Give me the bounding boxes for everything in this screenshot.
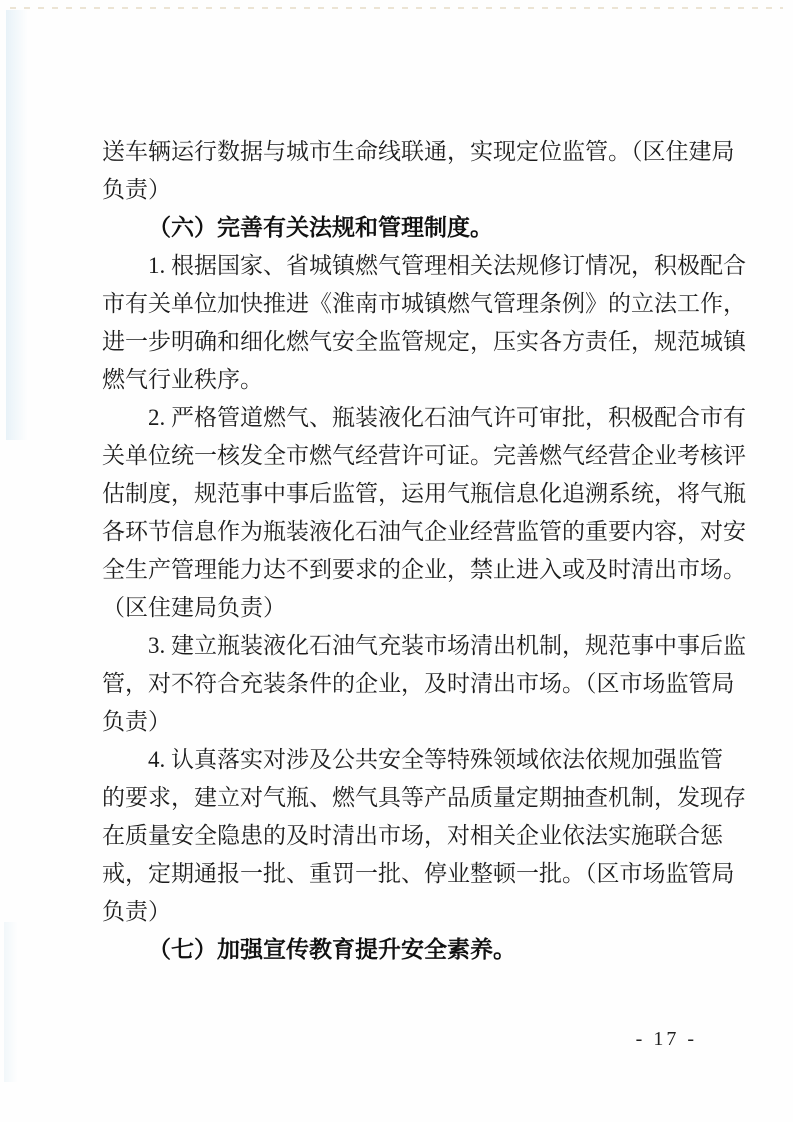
section-heading-6: （六）完善有关法规和管理制度。 xyxy=(102,209,750,247)
body-line: 3. 建立瓶装液化石油气充装市场清出机制，规范事中事后监 xyxy=(102,627,750,665)
body-line: 进一步明确和细化燃气安全监管规定，压实各方责任，规范城镇 xyxy=(102,323,750,361)
page-number: - 17 - xyxy=(636,1026,697,1052)
body-line: 在质量安全隐患的及时清出市场，对相关企业依法实施联合惩 xyxy=(102,817,750,855)
body-line: 市有关单位加快推进《淮南市城镇燃气管理条例》的立法工作， xyxy=(102,285,750,323)
body-line: 戒，定期通报一批、重罚一批、停业整顿一批。（区市场监管局 xyxy=(102,855,750,893)
scan-artifact-left-edge xyxy=(6,10,28,440)
body-line: 各环节信息作为瓶装液化石油气企业经营监管的重要内容，对安 xyxy=(102,513,750,551)
body-line: 送车辆运行数据与城市生命线联通，实现定位监管。（区住建局 xyxy=(102,133,750,171)
document-page: 送车辆运行数据与城市生命线联通，实现定位监管。（区住建局 负责） （六）完善有关… xyxy=(0,0,793,1122)
scan-artifact-bottom-left xyxy=(4,922,18,1082)
document-body: 送车辆运行数据与城市生命线联通，实现定位监管。（区住建局 负责） （六）完善有关… xyxy=(102,0,750,969)
body-line: 1. 根据国家、省城镇燃气管理相关法规修订情况，积极配合 xyxy=(102,247,750,285)
body-line: 负责） xyxy=(102,893,750,931)
body-line: 负责） xyxy=(102,703,750,741)
body-line: 负责） xyxy=(102,171,750,209)
body-line: 关单位统一核发全市燃气经营许可证。完善燃气经营企业考核评 xyxy=(102,437,750,475)
body-line: 管，对不符合充装条件的企业，及时清出市场。（区市场监管局 xyxy=(102,665,750,703)
body-line: 2. 严格管道燃气、瓶装液化石油气许可审批，积极配合市有 xyxy=(102,399,750,437)
body-line: 全生产管理能力达不到要求的企业，禁止进入或及时清出市场。 xyxy=(102,551,750,589)
body-line: 的要求，建立对气瓶、燃气具等产品质量定期抽查机制，发现存 xyxy=(102,779,750,817)
section-heading-7: （七）加强宣传教育提升安全素养。 xyxy=(102,931,750,969)
body-line: （区住建局负责） xyxy=(102,589,750,627)
body-line: 4. 认真落实对涉及公共安全等特殊领域依法依规加强监管 xyxy=(102,741,750,779)
body-line: 燃气行业秩序。 xyxy=(102,361,750,399)
body-line: 估制度，规范事中事后监管，运用气瓶信息化追溯系统，将气瓶 xyxy=(102,475,750,513)
